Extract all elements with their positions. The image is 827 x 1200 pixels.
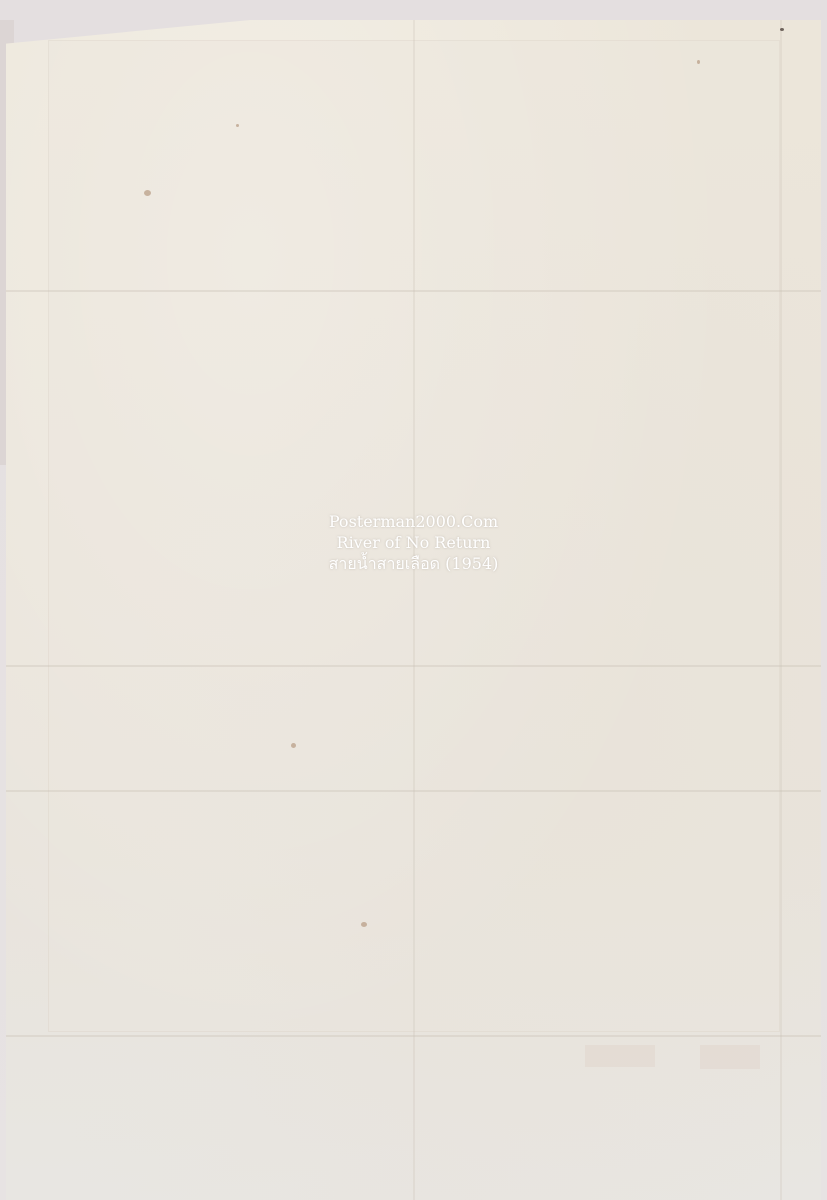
tape-patch: [700, 1045, 760, 1069]
stain-spot: [236, 124, 239, 127]
watermark-title-en: River of No Return: [0, 532, 827, 553]
stain-spot: [144, 190, 151, 196]
watermark: Posterman2000.Com River of No Return สาย…: [0, 511, 827, 574]
watermark-site: Posterman2000.Com: [0, 511, 827, 532]
stain-spot: [697, 60, 700, 64]
crease-line: [413, 20, 415, 1200]
stain-spot: [291, 743, 296, 748]
stain-spot: [780, 28, 784, 31]
crease-line: [780, 20, 782, 1200]
tape-patch: [585, 1045, 655, 1067]
watermark-title-th: สายน้ำสายเลือด (1954): [0, 553, 827, 574]
stain-spot: [361, 922, 367, 927]
